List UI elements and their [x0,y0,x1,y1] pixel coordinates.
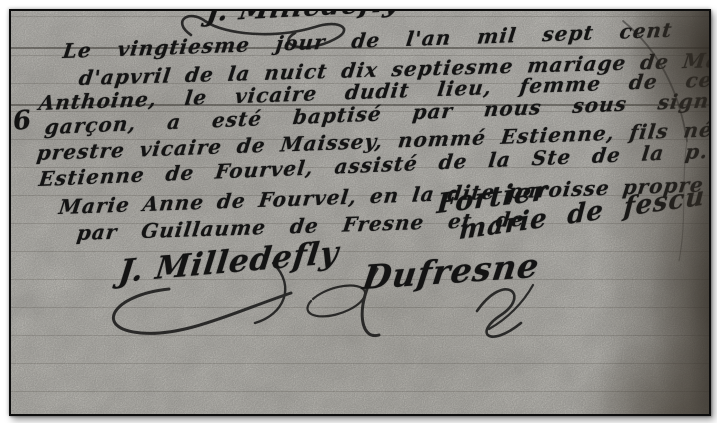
scan-frame: 6 J. Milledefly Le vingtiesme jour de l'… [9,9,711,416]
margin-mark: 6 [11,105,32,137]
page: 6 J. Milledefly Le vingtiesme jour de l'… [0,0,717,423]
